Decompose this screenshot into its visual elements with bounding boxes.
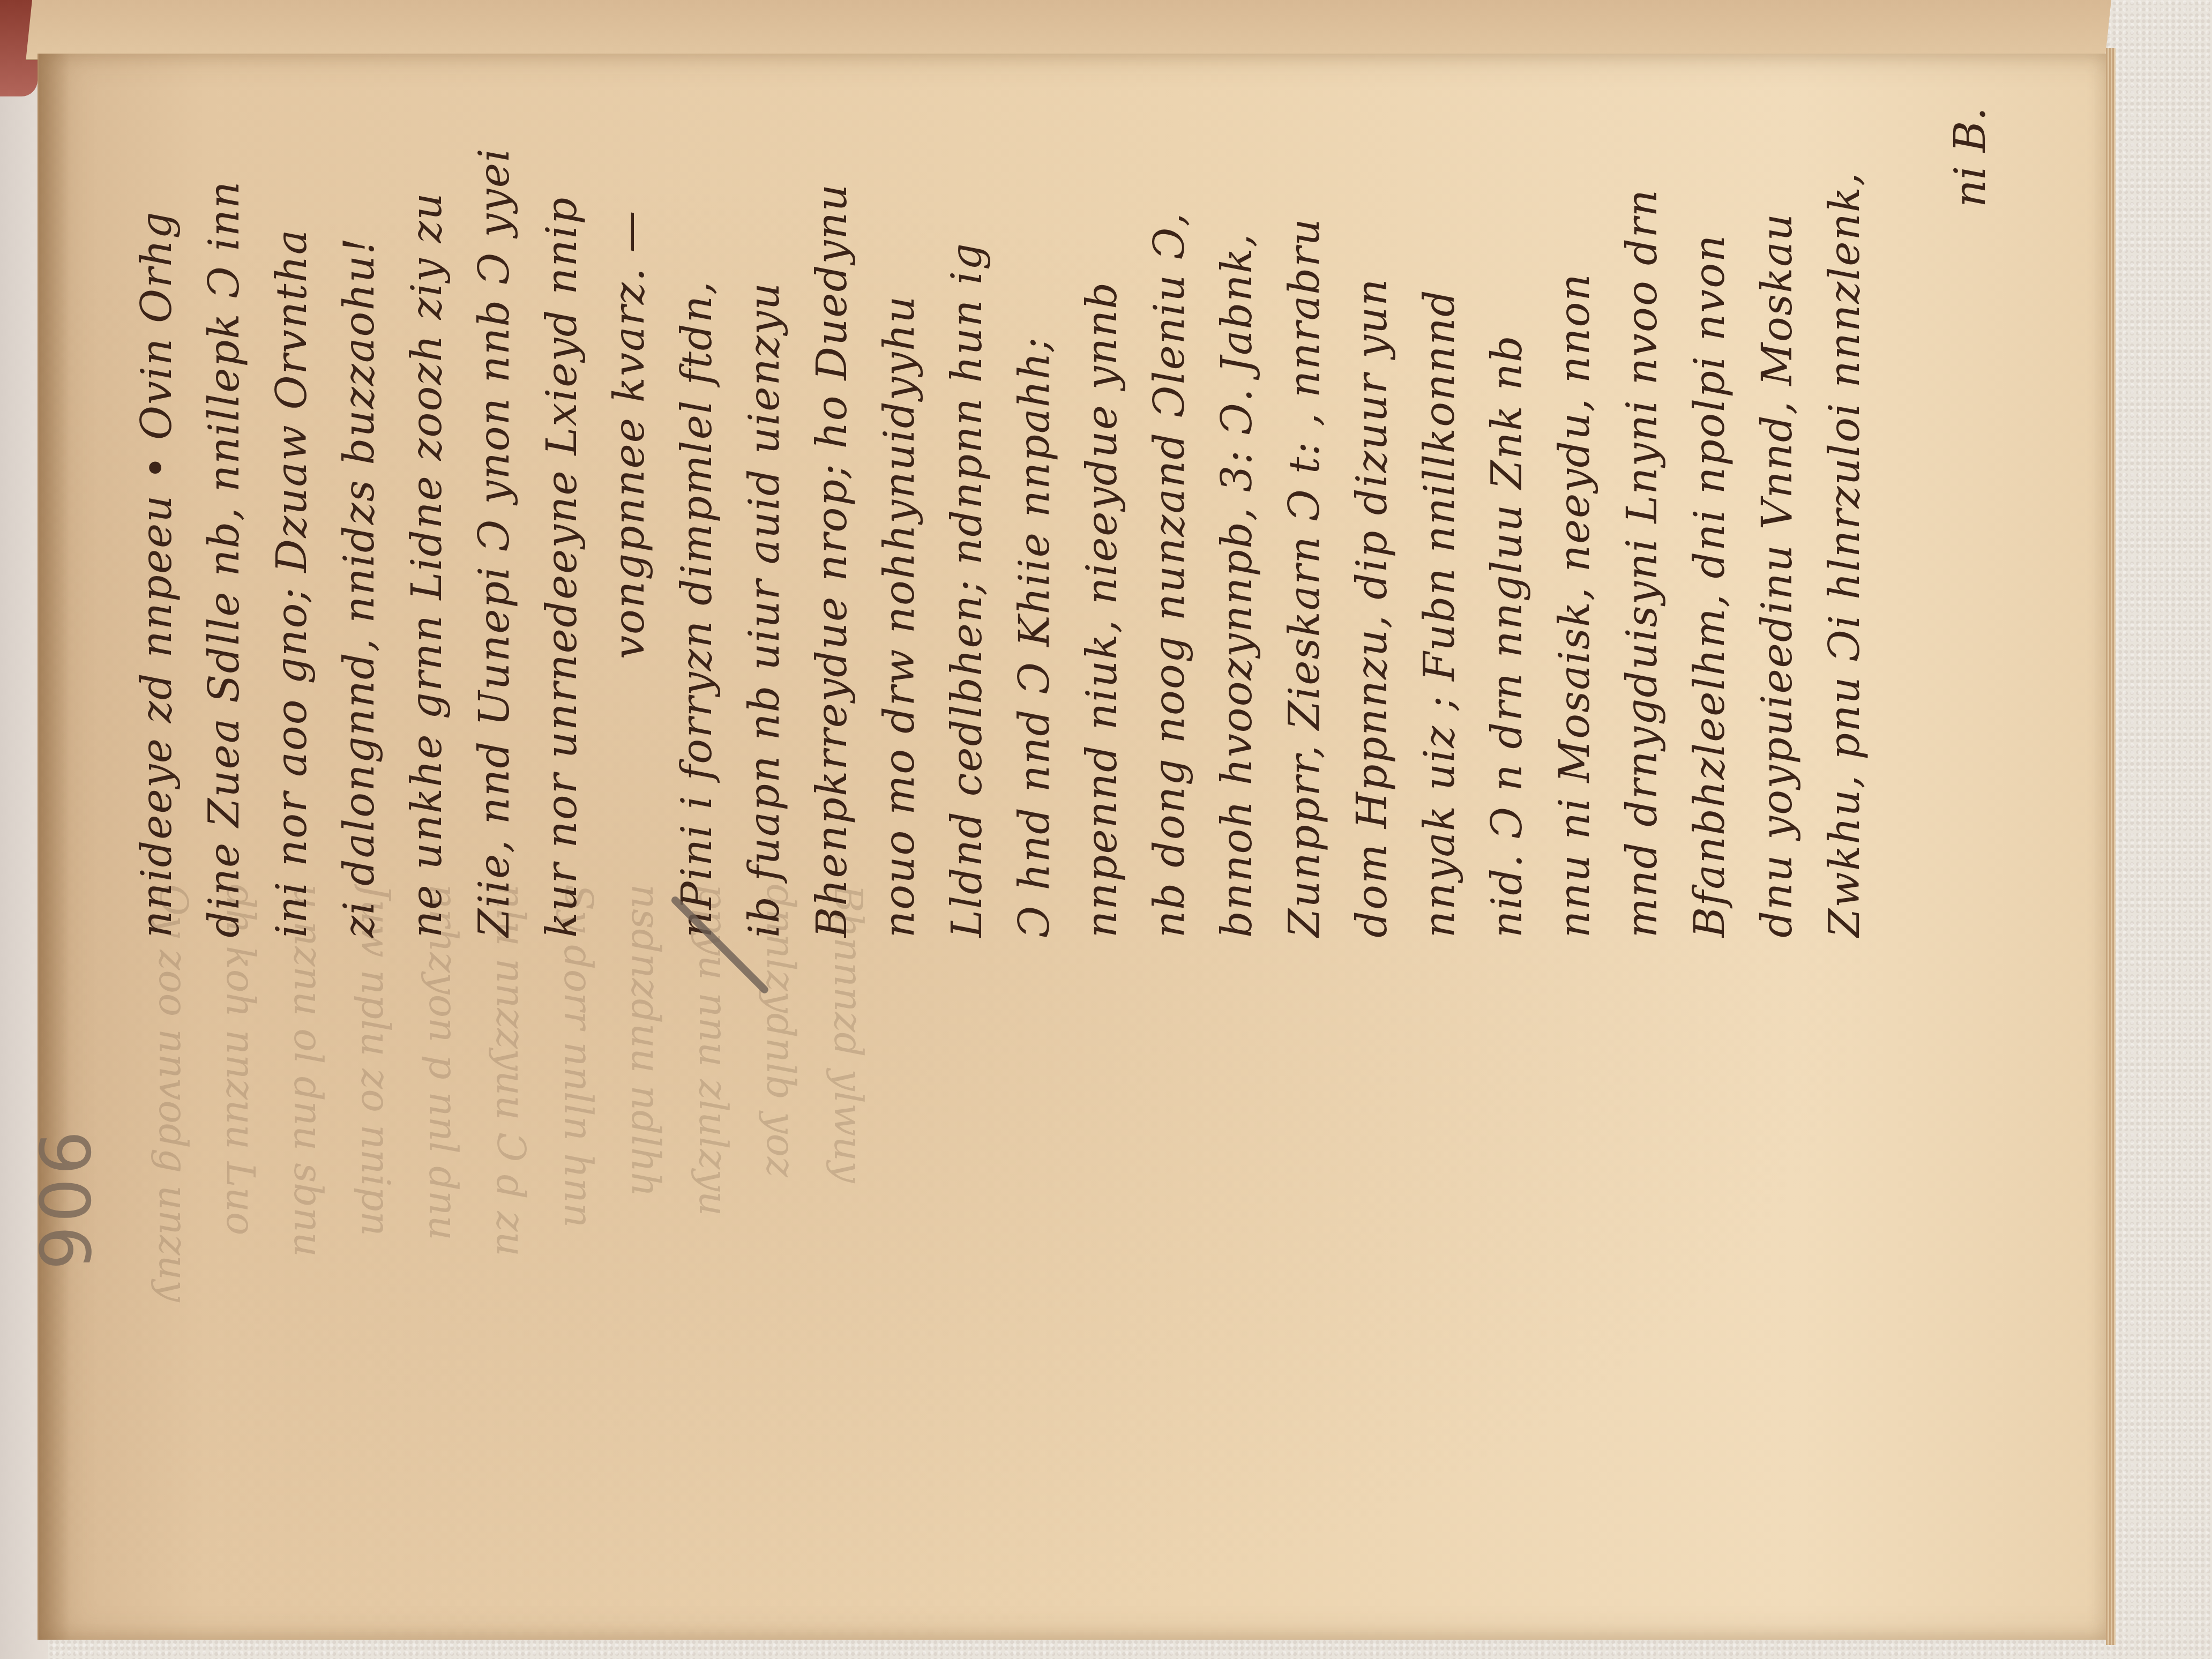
text-line: dom Hppnnzu, dip dizuur yun: [1339, 70, 1406, 938]
text-line: zi dalongnnd, nnidzs buzzaohu!: [326, 70, 393, 938]
text-line: Bhenpkrreydue nrop; ho Duedynu: [798, 70, 866, 938]
text-line: kur nor unrnedeeyne Lxieyd nnip: [528, 70, 596, 938]
text-line: dine Zuea Sdlle nb, nnillepk Ɔ inn: [191, 70, 258, 938]
bleed-line: Sy dorr nnlln hnn: [544, 884, 612, 1581]
facing-page-edge: [26, 0, 2111, 60]
text-line: Zunpprr, Zieskarn Ɔ t: , nnrabru: [1271, 70, 1339, 938]
bleed-through-text: Oy zoo nnvodg unzuy dh koh nnzuu Luo u n…: [139, 884, 882, 1581]
text-line: nouo mo drw nohhynuidyyhu: [866, 70, 933, 938]
text-line: Ɔ hnd nnd Ɔ Khiie nnpahh;: [1001, 70, 1068, 938]
folio-number: 906: [23, 1131, 104, 1273]
bleed-line: Juw nplu zo nnipn: [342, 884, 409, 1581]
bleed-line: nsdnzduu ndlhh: [612, 884, 679, 1581]
bleed-line: dh koh nnzuu Luo: [207, 884, 274, 1581]
text-line: nb dong noog nunzand Ɔleniu Ɔ,: [1136, 70, 1204, 938]
text-line: Lldnd cedlbhen; ndnpnn hun ig: [933, 70, 1001, 938]
bleed-line: dnnlzydnlb yoz: [747, 884, 814, 1581]
handwritten-text-block: nnideeye zd nnpeeu • Ovin Orhg dine Zuea…: [123, 70, 1879, 938]
text-line: nnyak uiz ; Fubn nnillkonnnd: [1406, 70, 1474, 938]
page-gutter-shadow: [38, 54, 70, 1640]
text-line: dnu yoypuieedinu Vnnd, Moskau: [1744, 70, 1811, 938]
text-line: Ziie, nnd Uunepi Ɔ ynon nnb Ɔ yyei: [461, 70, 528, 938]
closing-mark: ni B.: [1945, 107, 1995, 207]
bleed-line: nlu nnzzyuu Ɔ d zu: [477, 884, 544, 1581]
text-line: ib fuapn nb uiur auid uienzyu: [731, 70, 798, 938]
bleed-line: Oy zoo nnvodg unzuy: [139, 884, 207, 1581]
text-line: ini nor aoo gno; Dzuaw Orvntha: [258, 70, 326, 938]
text-line: mnd drnygduisyni Lnyni nvoo drn: [1609, 70, 1676, 938]
text-line: Zwkhu, pnu Ɔi hlnrzuloi nnnzlenk,: [1811, 70, 1879, 938]
text-line: nnideeye zd nnpeeu • Ovin Orhg: [123, 70, 191, 938]
text-line: nnu ni Mosaisk, neeydu, nnon: [1541, 70, 1609, 938]
text-line: nid. Ɔ n drn nngluu Znk nb: [1474, 70, 1541, 938]
bleed-line: ppyu nnu zlulzyu: [679, 884, 747, 1581]
text-line: nnpennd niuk, nieeydue ynnb: [1068, 70, 1136, 938]
bleed-line: u nznu ol dnu sbnu: [274, 884, 342, 1581]
text-line: Bfanbhzleelhm, dni npolpi nvon: [1676, 70, 1744, 938]
text-line: ne unkhe grnn Lidne zoozh ziy zu: [393, 70, 461, 938]
bleed-line: nrhzyon p nnl dnu: [409, 884, 477, 1581]
text-line: vongpnnee kvarz. —: [596, 70, 663, 659]
text-line: bnnoh hvoozynnpb, 3: Ɔ. Jabnk,: [1204, 70, 1271, 938]
page-stack-edge: [2106, 48, 2116, 1645]
text-line: nPini i forryzn dimpmlel ftdn,: [663, 70, 731, 938]
bleed-line: Bhnnnzd ylwuy: [814, 884, 882, 1581]
